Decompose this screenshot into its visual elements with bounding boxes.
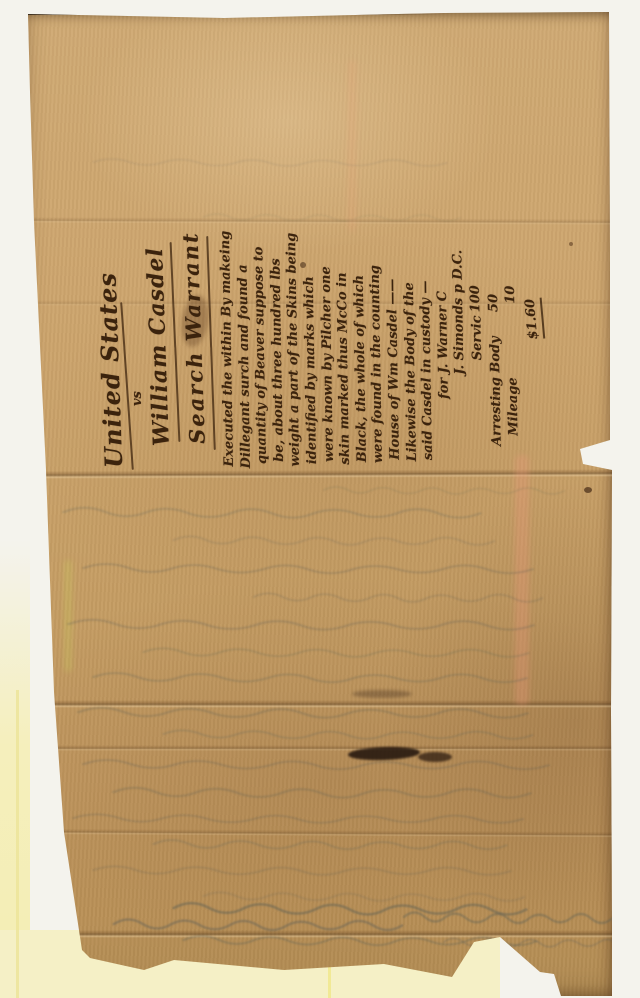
fee-label: Mileage xyxy=(506,377,522,436)
caption-title: Search Warrant xyxy=(177,226,210,445)
document-scan: { "doc": { "caption": { "plaintiff": "Un… xyxy=(0,0,640,998)
fee-total: $1.60 xyxy=(522,298,544,340)
fee-row: Mileage 10 xyxy=(502,224,524,470)
return-of-service-text: Executed the within By makeing Dillegant… xyxy=(218,223,546,475)
docket-rotated-block: United States vs William Casdel Search W… xyxy=(95,226,583,472)
fee-total-row: $1.60 xyxy=(522,223,546,469)
fee-label: Servic xyxy=(469,315,485,360)
fee-label: Arresting Body xyxy=(487,336,504,446)
paper-sheet xyxy=(24,12,612,996)
fee-amount: 10 xyxy=(503,285,520,303)
scan-artifact-yellow-line-left xyxy=(16,690,19,998)
fee-amount: 100 xyxy=(468,285,485,312)
fee-amount: 50 xyxy=(486,294,503,312)
bleedthrough-writing xyxy=(24,12,612,996)
